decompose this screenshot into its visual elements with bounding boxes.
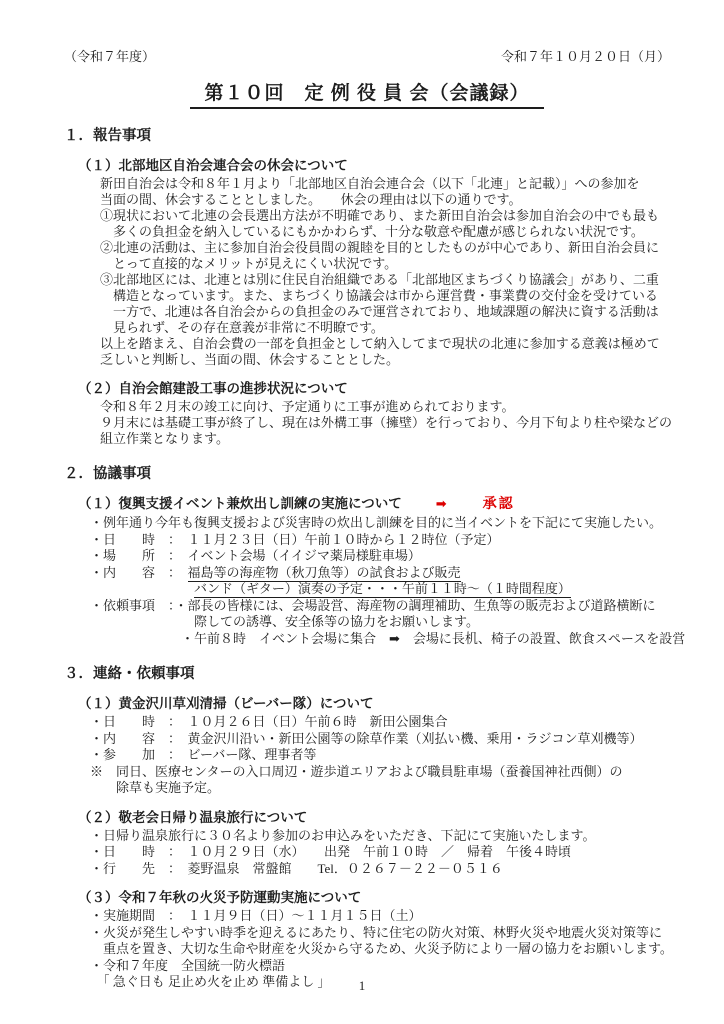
- text-line: 重点を置き、大切な生命や財産を火災から守るため、火災予防により一層の協力をお願い…: [90, 941, 670, 958]
- text-line: ・午前８時 イベント会場に集合 ➡ 会場に長机、椅子の設置、飲食スペースを設営: [90, 631, 670, 648]
- text-line: ・日帰り温泉旅行に３０名より参加のお申込みをいただき、下記にて実施いたします。: [90, 828, 670, 845]
- notice-item-fire-prevention: （３）令和７年秋の火災予防運動実施について ・実施期間 ： １１月９日（日）～１…: [78, 886, 670, 991]
- line-prefix: ・内 容 ：: [90, 565, 188, 580]
- text-line: 見られず、その存在意義が非常に不明瞭です。: [100, 320, 670, 336]
- item-heading: （３）令和７年秋の火災予防運動実施について: [78, 886, 670, 906]
- section-discussion: ２．協議事項 （１）復興支援イベント兼炊出し訓練の実施について➡承認 ・例年通り…: [64, 462, 670, 647]
- section-heading: ２．協議事項: [64, 462, 670, 483]
- text-line: ９月末には基礎工事が終了し、現在は外構工事（擁壁）を行っており、今月下旬より柱や…: [100, 415, 670, 431]
- text-line: ・日 時 ： １０月２９日（水） 出発 午前１０時 ／ 帰着 午後４時頃: [90, 844, 670, 861]
- text-line: ・日 時 ： １０月２６日（日）午前６時 新田公園集合: [90, 714, 670, 731]
- text-line: ・場 所 ： イベント会場（イイジマ薬局様駐車場）: [90, 548, 670, 565]
- paragraph: 新田自治会は令和８年１月より「北部地区自治会連合会（以下「北連」と記載）」への参…: [100, 176, 670, 368]
- item-heading: （２）敬老会日帰り温泉旅行について: [78, 806, 670, 826]
- item-heading: （２）自治会館建設工事の進捗状況について: [78, 377, 670, 397]
- section-notices: ３．連絡・依頼事項 （１）黄金沢川草刈清掃（ビーバー隊）について ・日 時 ： …: [64, 662, 670, 991]
- text-line: ・実施期間 ： １１月９日（日）～１１月１５日（土）: [90, 908, 670, 925]
- section-heading: １．報告事項: [64, 124, 670, 145]
- title-row: 第１０回 定 例 役 員 会（会議録）: [64, 78, 670, 109]
- text-line: バンド（ギター）演奏の予定・・・午前１１時～（１時間程度）: [90, 581, 670, 598]
- notice-item-river-mowing: （１）黄金沢川草刈清掃（ビーバー隊）について ・日 時 ： １０月２６日（日）午…: [78, 692, 670, 797]
- text-line: ・火災が発生しやすい時季を迎えるにあたり、特に住宅の防火対策、林野火災や地震火災…: [90, 925, 670, 942]
- page-number: 1: [0, 978, 724, 994]
- text-line: 乏しいと判断し、当面の間、休会することとした。: [100, 352, 670, 368]
- text-line: ①現状において北連の会長選出方法が不明確であり、また新田自治会は参加自治会の中で…: [100, 208, 670, 224]
- text-line: ・行 先 ： 菱野温泉 常盤館 Tel．０２６７－２２－０５１６: [90, 861, 670, 878]
- text-line: ・参 加 ： ビーバー隊、理事者等: [90, 747, 670, 764]
- text-line: ③北部地区には、北連とは別に住民自治組織である「北部地区まちづくり協議会」があり…: [100, 272, 670, 288]
- text-line: ・内 容 ： 福島等の海産物（秋刀魚等）の試食および販売: [90, 565, 670, 582]
- text-line: ・依頼事項 ：・部長の皆様には、会場設営、海産物の調理補助、生魚等の販売および道…: [90, 598, 670, 615]
- line-prefix: [90, 581, 194, 596]
- text-line: ※ 同日、医療センターの入口周辺・遊歩道エリアおよび職員駐車場（蚕養国神社西側）…: [90, 764, 670, 781]
- document-page: （令和７年度） 令和７年１０月２０日（月） 第１０回 定 例 役 員 会（会議録…: [0, 0, 724, 991]
- section-heading: ３．連絡・依頼事項: [64, 662, 670, 683]
- text-line: 除草も実施予定。: [90, 780, 670, 797]
- paragraph: ・日帰り温泉旅行に３０名より参加のお申込みをいただき、下記にて実施いたします。 …: [90, 828, 670, 878]
- approval-status-badge: 承認: [483, 495, 515, 511]
- text-line: 多くの負担金を納入しているにもかかわらず、十分な敬意や配慮が感じられない状況です…: [100, 224, 670, 240]
- text-line: 構造となっています。また、まちづくり協議会は市から運営費・事業費の交付金を受けて…: [100, 288, 670, 304]
- underlined-text: 福島等の海産物（秋刀魚等）の試食および販売: [188, 565, 461, 582]
- text-line: ・内 容 ： 黄金沢川沿い・新田公園等の除草作業（刈払い機、乗用・ラジコン草刈機…: [90, 731, 670, 748]
- text-line: ・令和７年度 全国統一防火標語: [90, 958, 670, 975]
- text-line: 組立作業となります。: [100, 431, 670, 447]
- text-line: とって直接的なメリットが見えにくい状況です。: [100, 256, 670, 272]
- text-line: ・例年通り今年も復興支援および災害時の炊出し訓練を目的に当イベントを下記にて実施…: [90, 515, 670, 532]
- document-header: （令和７年度） 令和７年１０月２０日（月）: [64, 46, 670, 65]
- underlined-text: バンド（ギター）演奏の予定・・・午前１１時～（１時間程度）: [194, 581, 571, 598]
- text-line: 際しての誘導、安全係等の協力をお願いします。: [90, 614, 670, 631]
- report-item-federation-recess: （１）北部地区自治会連合会の休会について 新田自治会は令和８年１月より「北部地区…: [78, 154, 670, 368]
- approval-arrow-icon: ➡: [436, 496, 447, 511]
- paragraph: ・日 時 ： １０月２６日（日）午前６時 新田公園集合 ・内 容 ： 黄金沢川沿…: [90, 714, 670, 797]
- text-line: ・日 時 ： １１月２３日（日）午前１０時から１２時位（予定）: [90, 532, 670, 549]
- text-line: 当面の間、休会することとしました。 休会の理由は以下の通りです。: [100, 192, 670, 208]
- item-heading: （１）北部地区自治会連合会の休会について: [78, 154, 670, 174]
- paragraph: ・例年通り今年も復興支援および災害時の炊出し訓練を目的に当イベントを下記にて実施…: [90, 515, 670, 647]
- report-item-hall-construction: （２）自治会館建設工事の進捗状況について 令和８年２月末の竣工に向け、予定通りに…: [78, 377, 670, 447]
- text-line: 以上を踏まえ、自治会費の一部を負担金として納入してまで現状の北連に参加する意義は…: [100, 336, 670, 352]
- text-line: 一方で、北連は各自治会からの負担金のみで運営されており、地域課題の解決に資する活…: [100, 304, 670, 320]
- discussion-item-recovery-event: （１）復興支援イベント兼炊出し訓練の実施について➡承認 ・例年通り今年も復興支援…: [78, 492, 670, 647]
- text-line: ②北連の活動は、主に参加自治会役員間の親睦を目的としたものが中心であり、新田自治…: [100, 240, 670, 256]
- notice-item-onsen-trip: （２）敬老会日帰り温泉旅行について ・日帰り温泉旅行に３０名より参加のお申込みを…: [78, 806, 670, 878]
- section-reports: １．報告事項 （１）北部地区自治会連合会の休会について 新田自治会は令和８年１月…: [64, 124, 670, 447]
- item-heading: （１）黄金沢川草刈清掃（ビーバー隊）について: [78, 692, 670, 712]
- date-label: 令和７年１０月２０日（月）: [501, 46, 670, 65]
- text-line: 令和８年２月末の竣工に向け、予定通りに工事が進められております。: [100, 399, 670, 415]
- text-line: 新田自治会は令和８年１月より「北部地区自治会連合会（以下「北連」と記載）」への参…: [100, 176, 670, 192]
- item-heading: （１）復興支援イベント兼炊出し訓練の実施について: [78, 496, 402, 511]
- item-heading-row: （１）復興支援イベント兼炊出し訓練の実施について➡承認: [78, 492, 670, 513]
- document-title: 第１０回 定 例 役 員 会（会議録）: [190, 78, 543, 109]
- paragraph: 令和８年２月末の竣工に向け、予定通りに工事が進められております。 ９月末には基礎…: [100, 399, 670, 447]
- fiscal-year-label: （令和７年度）: [64, 46, 155, 65]
